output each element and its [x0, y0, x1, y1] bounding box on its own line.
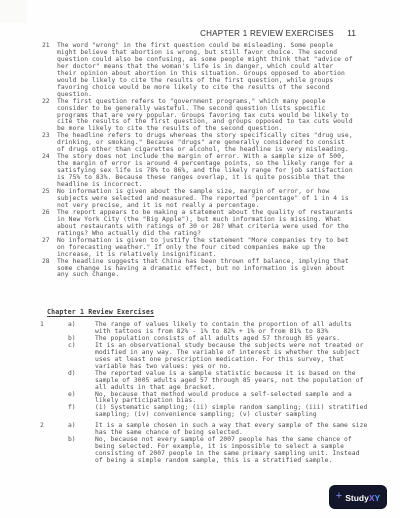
answer-number: 26 [42, 210, 57, 217]
scan-corner-artifact [0, 0, 27, 23]
exercise-2: 2 a) It is a sample chosen in such a way… [40, 423, 367, 465]
exercise-list: 1 a) The range of values likely to conta… [40, 322, 367, 465]
answer-number: 25 [42, 189, 57, 196]
brand-study: Study [345, 493, 369, 503]
exercise-number: 1 [40, 322, 68, 329]
part-text: It is a sample chosen in such a way that… [95, 423, 367, 437]
exercise-1: 1 a) The range of values likely to conta… [40, 322, 367, 419]
page-number: 11 [347, 28, 356, 38]
answer-text: The story does not include the margin of… [57, 154, 353, 189]
brand-text: StudyXY [345, 488, 380, 506]
answer-number: 27 [42, 238, 57, 245]
part-label: e) [68, 392, 95, 399]
part-text: The range of values likely to contain th… [95, 322, 352, 336]
chapter-header-title: CHAPTER 1 REVIEW EXERCISES [200, 28, 334, 38]
answer-list: 21 The word "wrong" in the first questio… [42, 43, 353, 279]
part-label: b) [68, 437, 95, 444]
part-text: No, because not every sample of 2007 peo… [95, 437, 360, 465]
exercise-number: 2 [40, 423, 68, 430]
answer-item: 23 The headline refers to drugs whereas … [42, 133, 353, 154]
exercise-part: b) No, because not every sample of 2007 … [40, 437, 367, 465]
running-header: CHAPTER 1 REVIEW EXERCISES 11 [0, 28, 356, 38]
part-label: c) [68, 343, 95, 350]
exercise-part: f) (i) Systematic sampling; (ii) simple … [40, 405, 367, 419]
answer-text: The headline refers to drugs whereas the… [57, 133, 353, 154]
answer-number: 21 [42, 43, 57, 50]
part-label: d) [68, 371, 95, 378]
part-label: a) [68, 322, 95, 329]
answer-text: The word "wrong" in the first question c… [57, 43, 353, 99]
studyxy-badge[interactable]: + StudyXY [330, 486, 386, 508]
answer-text: No information is given about the sample… [57, 189, 349, 210]
answer-text: The report appears to be making a statem… [57, 210, 353, 238]
answer-number: 24 [42, 154, 57, 161]
section-heading: Chapter 1 Review Exercises [47, 308, 154, 316]
answer-number: 28 [42, 259, 57, 266]
part-text: The reported value is a sample statistic… [95, 371, 363, 392]
part-label: a) [68, 423, 95, 430]
answer-text: The headline suggests that China has bee… [57, 259, 349, 280]
answer-number: 23 [42, 133, 57, 140]
part-text: It is an observational study because the… [95, 343, 363, 371]
plus-icon: + [336, 491, 342, 502]
scanned-answer-page: CHAPTER 1 REVIEW EXERCISES 11 21 The wor… [0, 0, 400, 518]
brand-y: Y [375, 493, 381, 503]
part-text: No, because that method would produce a … [95, 392, 352, 406]
answer-item: 21 The word "wrong" in the first questio… [42, 43, 353, 99]
part-text: (i) Systematic sampling; (ii) simple ran… [95, 405, 367, 419]
exercise-part: 2 a) It is a sample chosen in such a way… [40, 423, 367, 437]
answer-number: 22 [42, 99, 57, 106]
answer-item: 25 No information is given about the sam… [42, 189, 353, 210]
answer-item: 27 No information is given to justify th… [42, 238, 353, 259]
answer-item: 26 The report appears to be making a sta… [42, 210, 353, 238]
answer-item: 28 The headline suggests that China has … [42, 259, 353, 280]
answer-item: 22 The first question refers to "governm… [42, 99, 353, 134]
exercise-part: e) No, because that method would produce… [40, 392, 367, 406]
part-label: f) [68, 405, 95, 412]
exercise-part: c) It is an observational study because … [40, 343, 367, 371]
answer-item: 24 The story does not include the margin… [42, 154, 353, 189]
exercise-part: d) The reported value is a sample statis… [40, 371, 367, 392]
answer-text: The first question refers to "government… [57, 99, 353, 134]
exercise-part: 1 a) The range of values likely to conta… [40, 322, 367, 336]
answer-text: No information is given to justify the s… [57, 238, 349, 259]
